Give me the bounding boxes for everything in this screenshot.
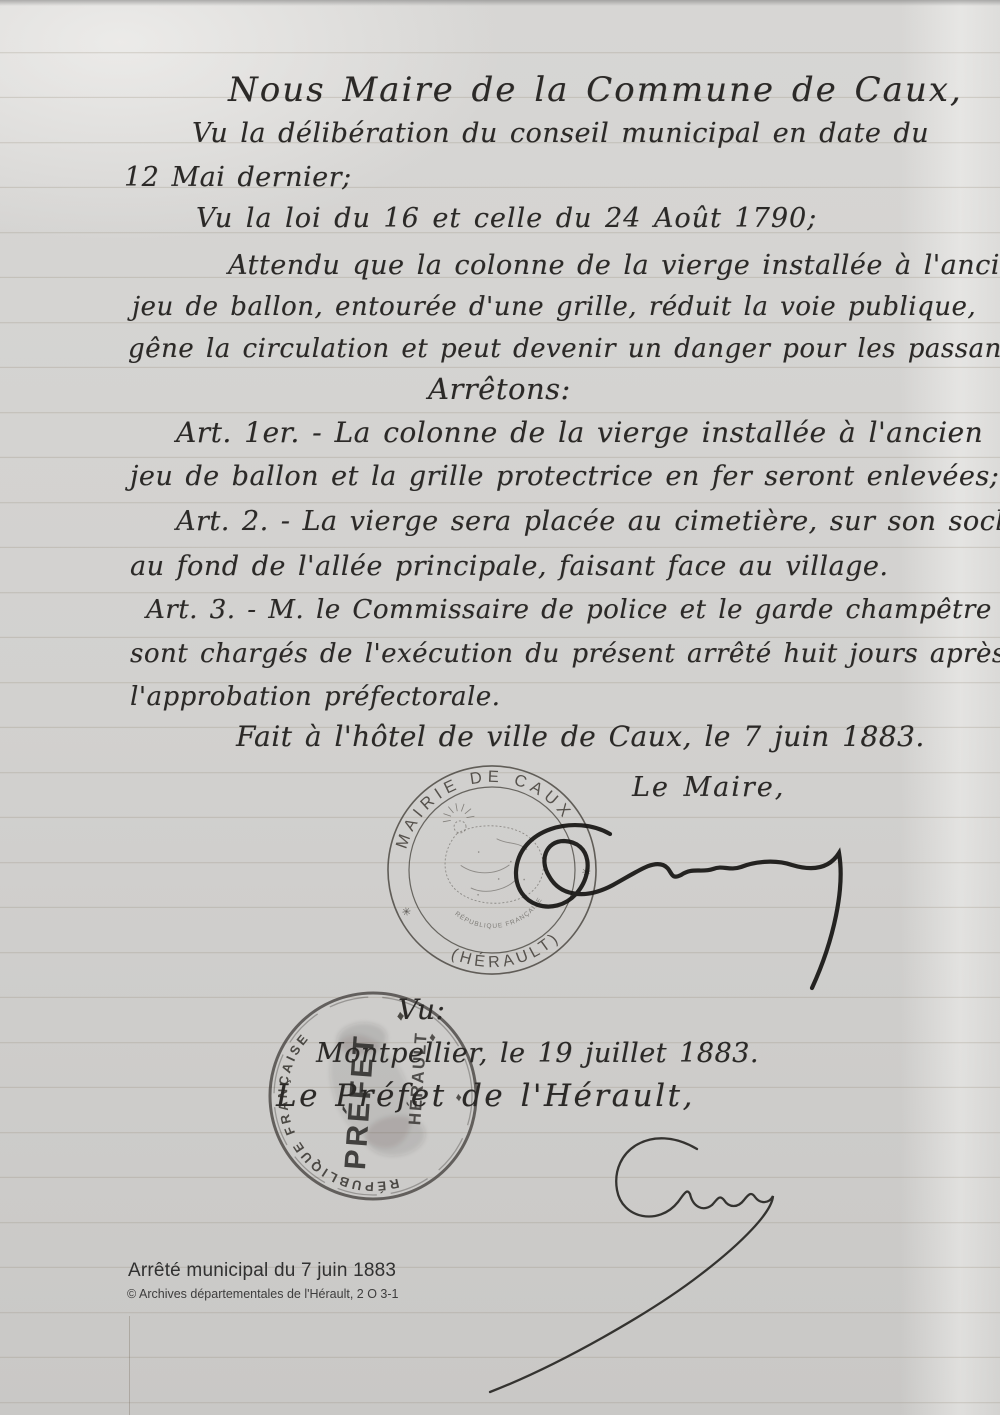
manuscript-line: sont chargés de l'exécution du présent a… [130, 639, 1000, 669]
manuscript-line: gêne la circulation et peut devenir un d… [128, 334, 1000, 364]
manuscript-line: Vu la délibération du conseil municipal … [192, 118, 929, 149]
manuscript-line: jeu de ballon, entourée d'une grille, ré… [132, 292, 976, 322]
manuscript-date-line: Montpellier, le 19 juillet 1883. [316, 1038, 759, 1069]
manuscript-le-prefet: Le Préfet de l'Hérault, [276, 1078, 695, 1114]
margin-rule-line [129, 1316, 130, 1415]
manuscript-line: Art. 3. - M. le Commissaire de police et… [146, 595, 992, 625]
svg-text:RÉPUBLIQUE FRANÇAISE: RÉPUBLIQUE FRANÇAISE [453, 895, 548, 937]
manuscript-line: Vu la loi du 16 et celle du 24 Août 1790… [196, 203, 817, 234]
manuscript-line: Attendu que la colonne de la vierge inst… [228, 250, 1000, 281]
stamp-outer-ring [384, 762, 600, 978]
star-rays-icon [440, 800, 474, 821]
manuscript-line: Art. 2. - La vierge sera placée au cimet… [176, 506, 1000, 537]
manuscript-line: au fond de l'allée principale, faisant f… [130, 551, 888, 582]
mairie-stamp: MAIRIE DE CAUX (HÉRAULT) RÉPUBLIQUE FRAN… [384, 762, 600, 978]
mairie-stamp-inner-text: RÉPUBLIQUE FRANÇAISE [453, 895, 548, 937]
manuscript-line: Fait à l'hôtel de ville de Caux, le 7 ju… [236, 720, 925, 753]
star-icon: ✳ [581, 866, 592, 879]
document-scan: MAIRIE DE CAUX (HÉRAULT) RÉPUBLIQUE FRAN… [0, 0, 1000, 1415]
manuscript-line: 12 Mai dernier; [124, 162, 352, 193]
caption-credit: © Archives départementales de l'Hérault,… [127, 1287, 398, 1301]
manuscript-heading-arretons: Arrêtons: [428, 372, 571, 406]
star-icon: ✳ [401, 906, 412, 919]
manuscript-vu: Vu: [398, 993, 445, 1026]
manuscript-line: jeu de ballon et la grille protectrice e… [130, 461, 999, 492]
manuscript-le-maire: Le Maire, [632, 772, 785, 803]
caption-title: Arrêté municipal du 7 juin 1883 [128, 1260, 396, 1282]
manuscript-line: l'approbation préfectorale. [130, 682, 500, 712]
manuscript-line: Art. 1er. - La colonne de la vierge inst… [176, 416, 983, 449]
mairie-stamp-top-text: MAIRIE DE CAUX [384, 762, 578, 854]
marianne-figure-sketch [434, 790, 548, 912]
manuscript-line: Nous Maire de la Commune de Caux, [228, 70, 963, 110]
prefect-signature [490, 1138, 773, 1392]
svg-text:MAIRIE DE CAUX: MAIRIE DE CAUX [384, 762, 578, 854]
